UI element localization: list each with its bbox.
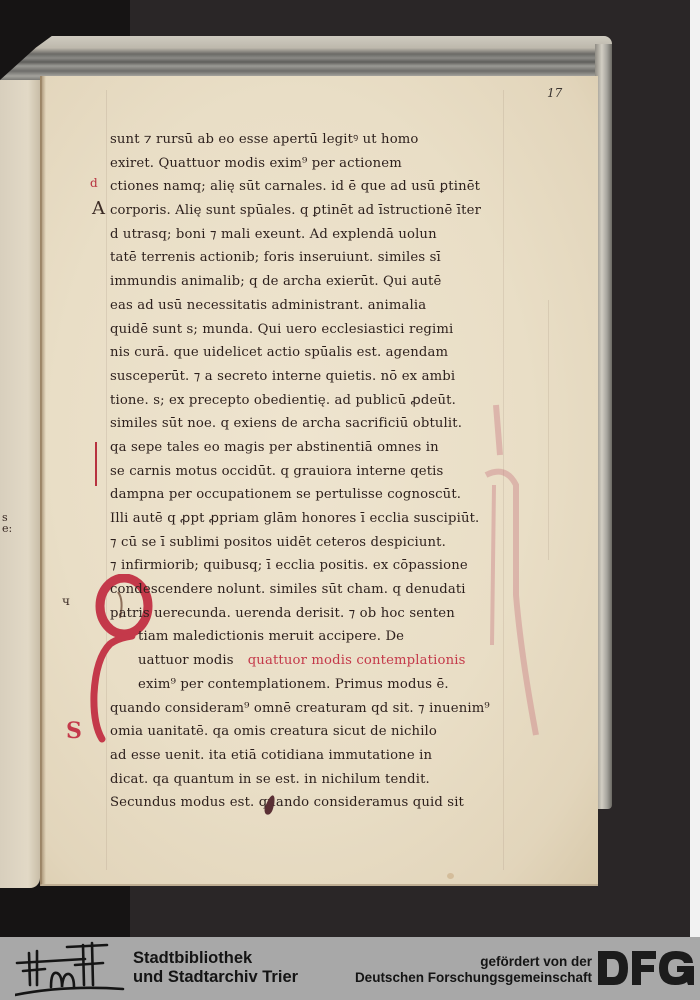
text-line: quando consideram⁹ omnē creaturam qd sit… (110, 697, 502, 721)
margin-red-stroke (95, 442, 97, 486)
text-line: nis curā. que uidelicet actio spūalis es… (110, 341, 502, 365)
text-line: uattuor modisquattuor modis contemplatio… (110, 649, 502, 673)
library-name-line1: Stadtbibliothek (133, 949, 298, 968)
facing-page-fragment: s e: (0, 80, 40, 888)
text-line: tione. s; ex precepto obedientię. ad pub… (110, 389, 502, 413)
folio-number: 17 (547, 86, 562, 100)
text-line: quidē sunt s; munda. Qui uero ecclesiast… (110, 318, 502, 342)
dfg-logo-icon (598, 951, 694, 985)
text-line: ⁊ cū se ī sublimi positos uidēt ceteros … (110, 531, 502, 555)
rubric-heading: quattuor modis contemplationis (248, 653, 466, 668)
facing-page-note: s e: (2, 512, 12, 534)
text-line: dicat. qa quantum in se est. in nichilum… (110, 768, 502, 792)
manuscript-image-viewer: s e: 17 d A ч S sunt ⁊ rursū ab eo esse … (0, 0, 700, 937)
text-line-body: uattuor modis (138, 653, 234, 668)
margin-mark: ч (62, 594, 70, 608)
text-line: immundis animalib; q de archa exierūt. Q… (110, 270, 502, 294)
text-line: patris uerecunda. uerenda derisit. ⁊ ob … (110, 602, 502, 626)
text-line: condescendere nolunt. similes sūt cham. … (110, 578, 502, 602)
manuscript-text-block: sunt ⁊ rursū ab eo esse apertū legitꝰ ut… (110, 128, 502, 815)
text-line: susceperūt. ⁊ a secreto interne quietis.… (110, 365, 502, 389)
parchment-stain (447, 873, 454, 879)
margin-guide-letter-a: A (92, 198, 105, 219)
text-line: omia uanitatē. qa omis creatura sicut de… (110, 720, 502, 744)
text-line: Illi autē q ꝓpt ꝓpriam glām honores ī ec… (110, 507, 502, 531)
library-name: Stadtbibliothek und Stadtarchiv Trier (133, 949, 298, 987)
text-line: qa sepe tales eo magis per abstinentiā o… (110, 436, 502, 460)
page-gutter-shadow (40, 76, 46, 884)
footer-bar: Stadtbibliothek und Stadtarchiv Trier ge… (0, 937, 700, 1000)
text-line: tiam maledictionis meruit accipere. De (110, 625, 502, 649)
text-line: se carnis motus occidūt. q grauiora inte… (110, 460, 502, 484)
funder-line2: Deutschen Forschungsgemeinschaft (355, 970, 592, 986)
text-line: ad esse uenit. ita etiā cotidiana immuta… (110, 744, 502, 768)
funder-credit: gefördert von der Deutschen Forschungsge… (355, 954, 592, 986)
text-line: d utrasq; boni ⁊ mali exeunt. Ad explend… (110, 223, 502, 247)
text-line: sunt ⁊ rursū ab eo esse apertū legitꝰ ut… (110, 128, 502, 152)
stadtbibliothek-logo-icon (15, 939, 125, 997)
ruling-vertical-outer (548, 300, 549, 560)
scan-edge (690, 0, 700, 937)
decorated-initial-s: S (66, 718, 82, 744)
text-line: dampna per occupationem se pertulisse co… (110, 483, 502, 507)
text-line: tatē terrenis actionib; foris inseruiunt… (110, 246, 502, 270)
funder-line1: gefördert von der (355, 954, 592, 970)
text-line: Secundus modus est. quando consideramus … (110, 791, 502, 815)
margin-guide-letter: d (90, 176, 98, 190)
text-line: eas ad usū necessitatis administrant. an… (110, 294, 502, 318)
ruling-vertical-left (106, 90, 107, 870)
text-line: similes sūt noe. q exiens de archa sacri… (110, 412, 502, 436)
text-line-body: tiam maledictionis meruit accipere. De (138, 629, 404, 644)
text-line: exiret. Quattuor modis exim⁹ per actione… (110, 152, 502, 176)
text-line: exim⁹ per contemplationem. Primus modus … (110, 673, 502, 697)
text-line: corporis. Alię sunt spūales. q ꝑtinēt ad… (110, 199, 502, 223)
text-line: ⁊ infirmiorib; quibusq; ī ecclia positis… (110, 554, 502, 578)
text-line: ctiones namq; alię sūt carnales. id ē qu… (110, 175, 502, 199)
library-name-line2: und Stadtarchiv Trier (133, 968, 298, 987)
